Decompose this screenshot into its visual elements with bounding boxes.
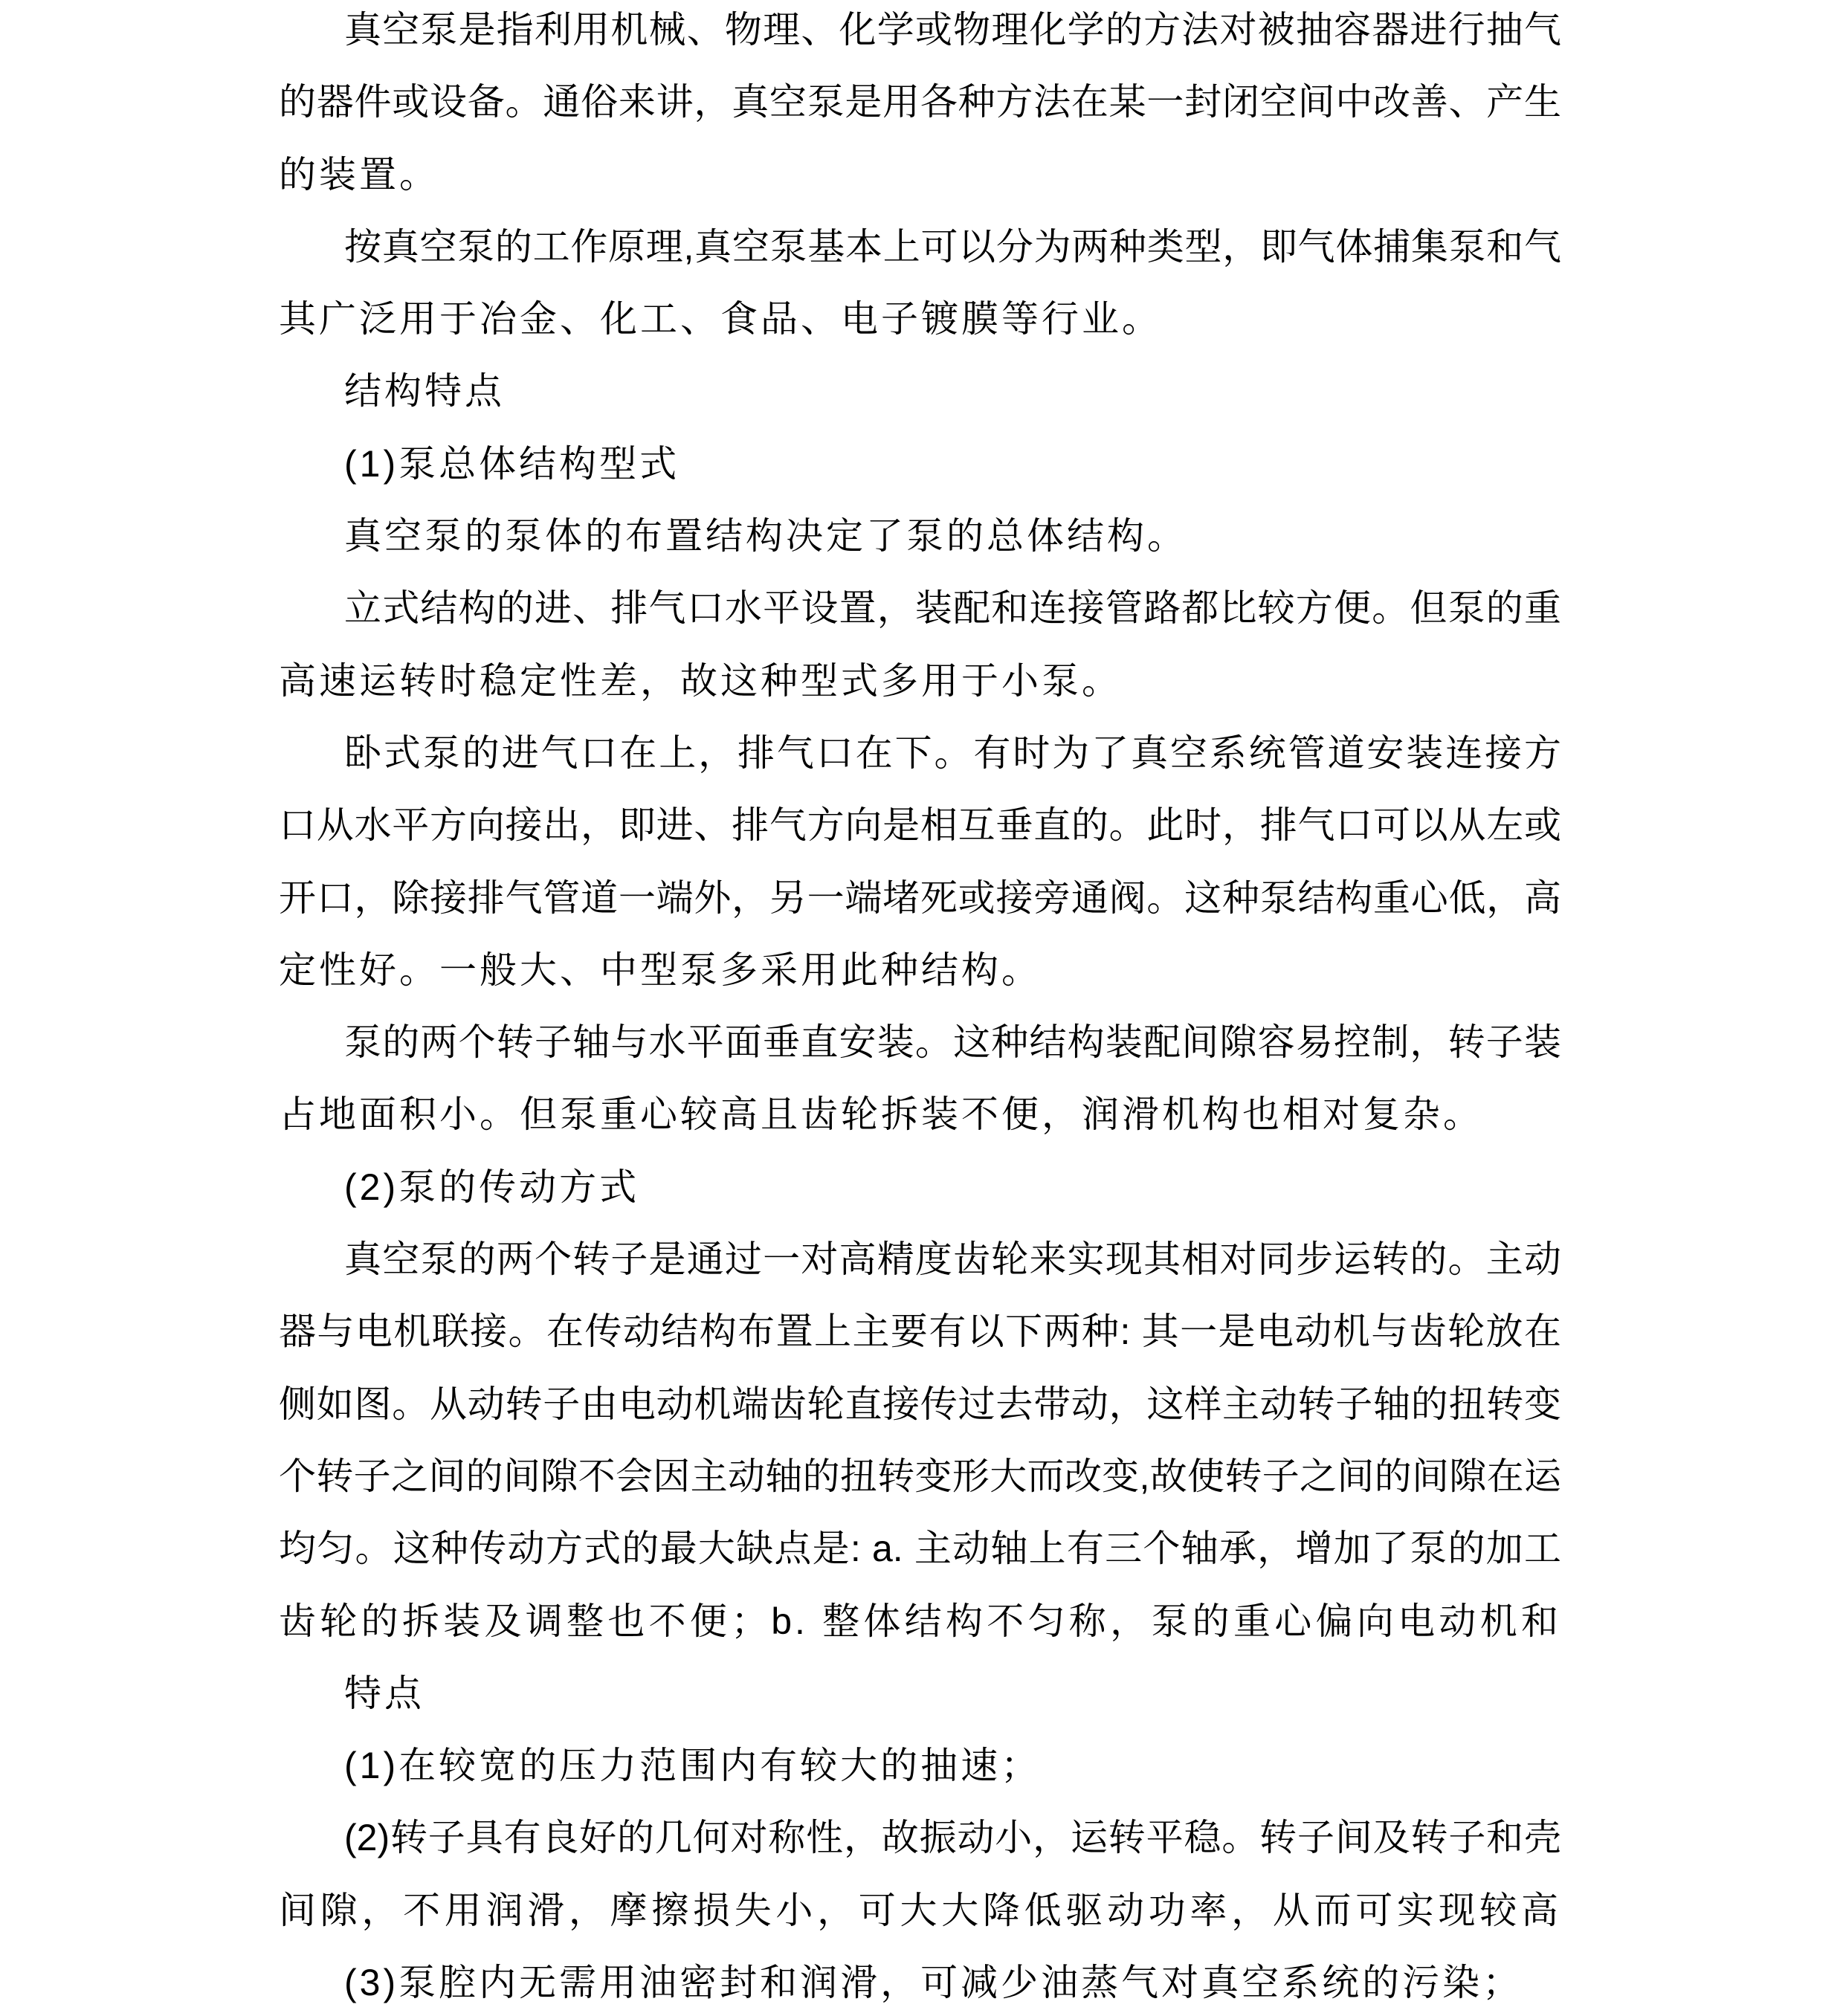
text-line: 齿轮的拆装及调整也不便；b. 整体结构不匀称，泵的重心偏向电动机和齿轮箱一侧。	[279, 1586, 1561, 1658]
text-line: 的器件或设备。通俗来讲，真空泵是用各种方法在某一封闭空间中改善、产生和维持真空	[279, 66, 1561, 138]
text-line: (1)泵总体结构型式	[279, 428, 1561, 500]
text-line: 立式结构的进、排气口水平设置，装配和连接管路都比较方便。但泵的重心较高，在	[279, 572, 1561, 644]
text-line: (3)泵腔内无需用油密封和润滑，可减少油蒸气对真空系统的污染；	[279, 1947, 1561, 2016]
text-line: (1)在较宽的压力范围内有较大的抽速；	[279, 1730, 1561, 1802]
text-line: 侧如图。从动转子由电动机端齿轮直接传过去带动，这样主动转子轴的扭转变形小，则两	[279, 1369, 1561, 1441]
text-line: 泵的两个转子轴与水平面垂直安装。这种结构装配间隙容易控制，转子装配方便，泵	[279, 1007, 1561, 1079]
text-line: 器与电机联接。在传动结构布置上主要有以下两种: 其一是电动机与齿轮放在转子的同一	[279, 1296, 1561, 1368]
text-line: 真空泵的两个转子是通过一对高精度齿轮来实现其相对同步运转的。主动轴通过联轴	[279, 1224, 1561, 1296]
text-block: 真空泵是指利用机械、物理、化学或物理化学的方法对被抽容器进行抽气而获得真空的器件…	[279, 0, 1561, 2016]
text-line: (2)泵的传动方式	[279, 1151, 1561, 1224]
document-page: 真空泵是指利用机械、物理、化学或物理化学的方法对被抽容器进行抽气而获得真空的器件…	[0, 0, 1843, 2016]
text-line: (2)转子具有良好的几何对称性，故振动小，运转平稳。转子间及转子和壳体间均有	[279, 1802, 1561, 1874]
text-line: 卧式泵的进气口在上，排气口在下。有时为了真空系统管道安装连接方便，可将排气	[279, 717, 1561, 789]
text-line: 开口，除接排气管道一端外，另一端堵死或接旁通阀。这种泵结构重心低，高速运转时稳	[279, 862, 1561, 934]
text-line: 其广泛用于冶金、化工、食品、电子镀膜等行业。	[279, 283, 1561, 355]
text-line: 间隙，不用润滑，摩擦损失小，可大大降低驱动功率，从而可实现较高转速；	[279, 1875, 1561, 1947]
text-line: 特点	[279, 1658, 1561, 1730]
text-line: 的装置。	[279, 139, 1561, 211]
text-line: 真空泵的泵体的布置结构决定了泵的总体结构。	[279, 500, 1561, 572]
text-line: 个转子之间的间隙不会因主动轴的扭转变形大而改变,故使转子之间的间隙在运转过程中	[279, 1441, 1561, 1513]
text-line: 口从水平方向接出，即进、排气方向是相互垂直的。此时，排气口可以从左或右两个方向	[279, 789, 1561, 862]
text-line: 按真空泵的工作原理,真空泵基本上可以分为两种类型，即气体捕集泵和气体传输泵。	[279, 211, 1561, 283]
text-line: 高速运转时稳定性差，故这种型式多用于小泵。	[279, 645, 1561, 717]
text-line: 占地面积小。但泵重心较高且齿轮拆装不便，润滑机构也相对复杂。	[279, 1079, 1561, 1151]
text-line: 定性好。一般大、中型泵多采用此种结构。	[279, 934, 1561, 1007]
text-line: 真空泵是指利用机械、物理、化学或物理化学的方法对被抽容器进行抽气而获得真空	[279, 0, 1561, 66]
text-line: 结构特点	[279, 355, 1561, 427]
text-line: 均匀。这种传动方式的最大缺点是: a. 主动轴上有三个轴承，增加了泵的加工和装配…	[279, 1513, 1561, 1585]
